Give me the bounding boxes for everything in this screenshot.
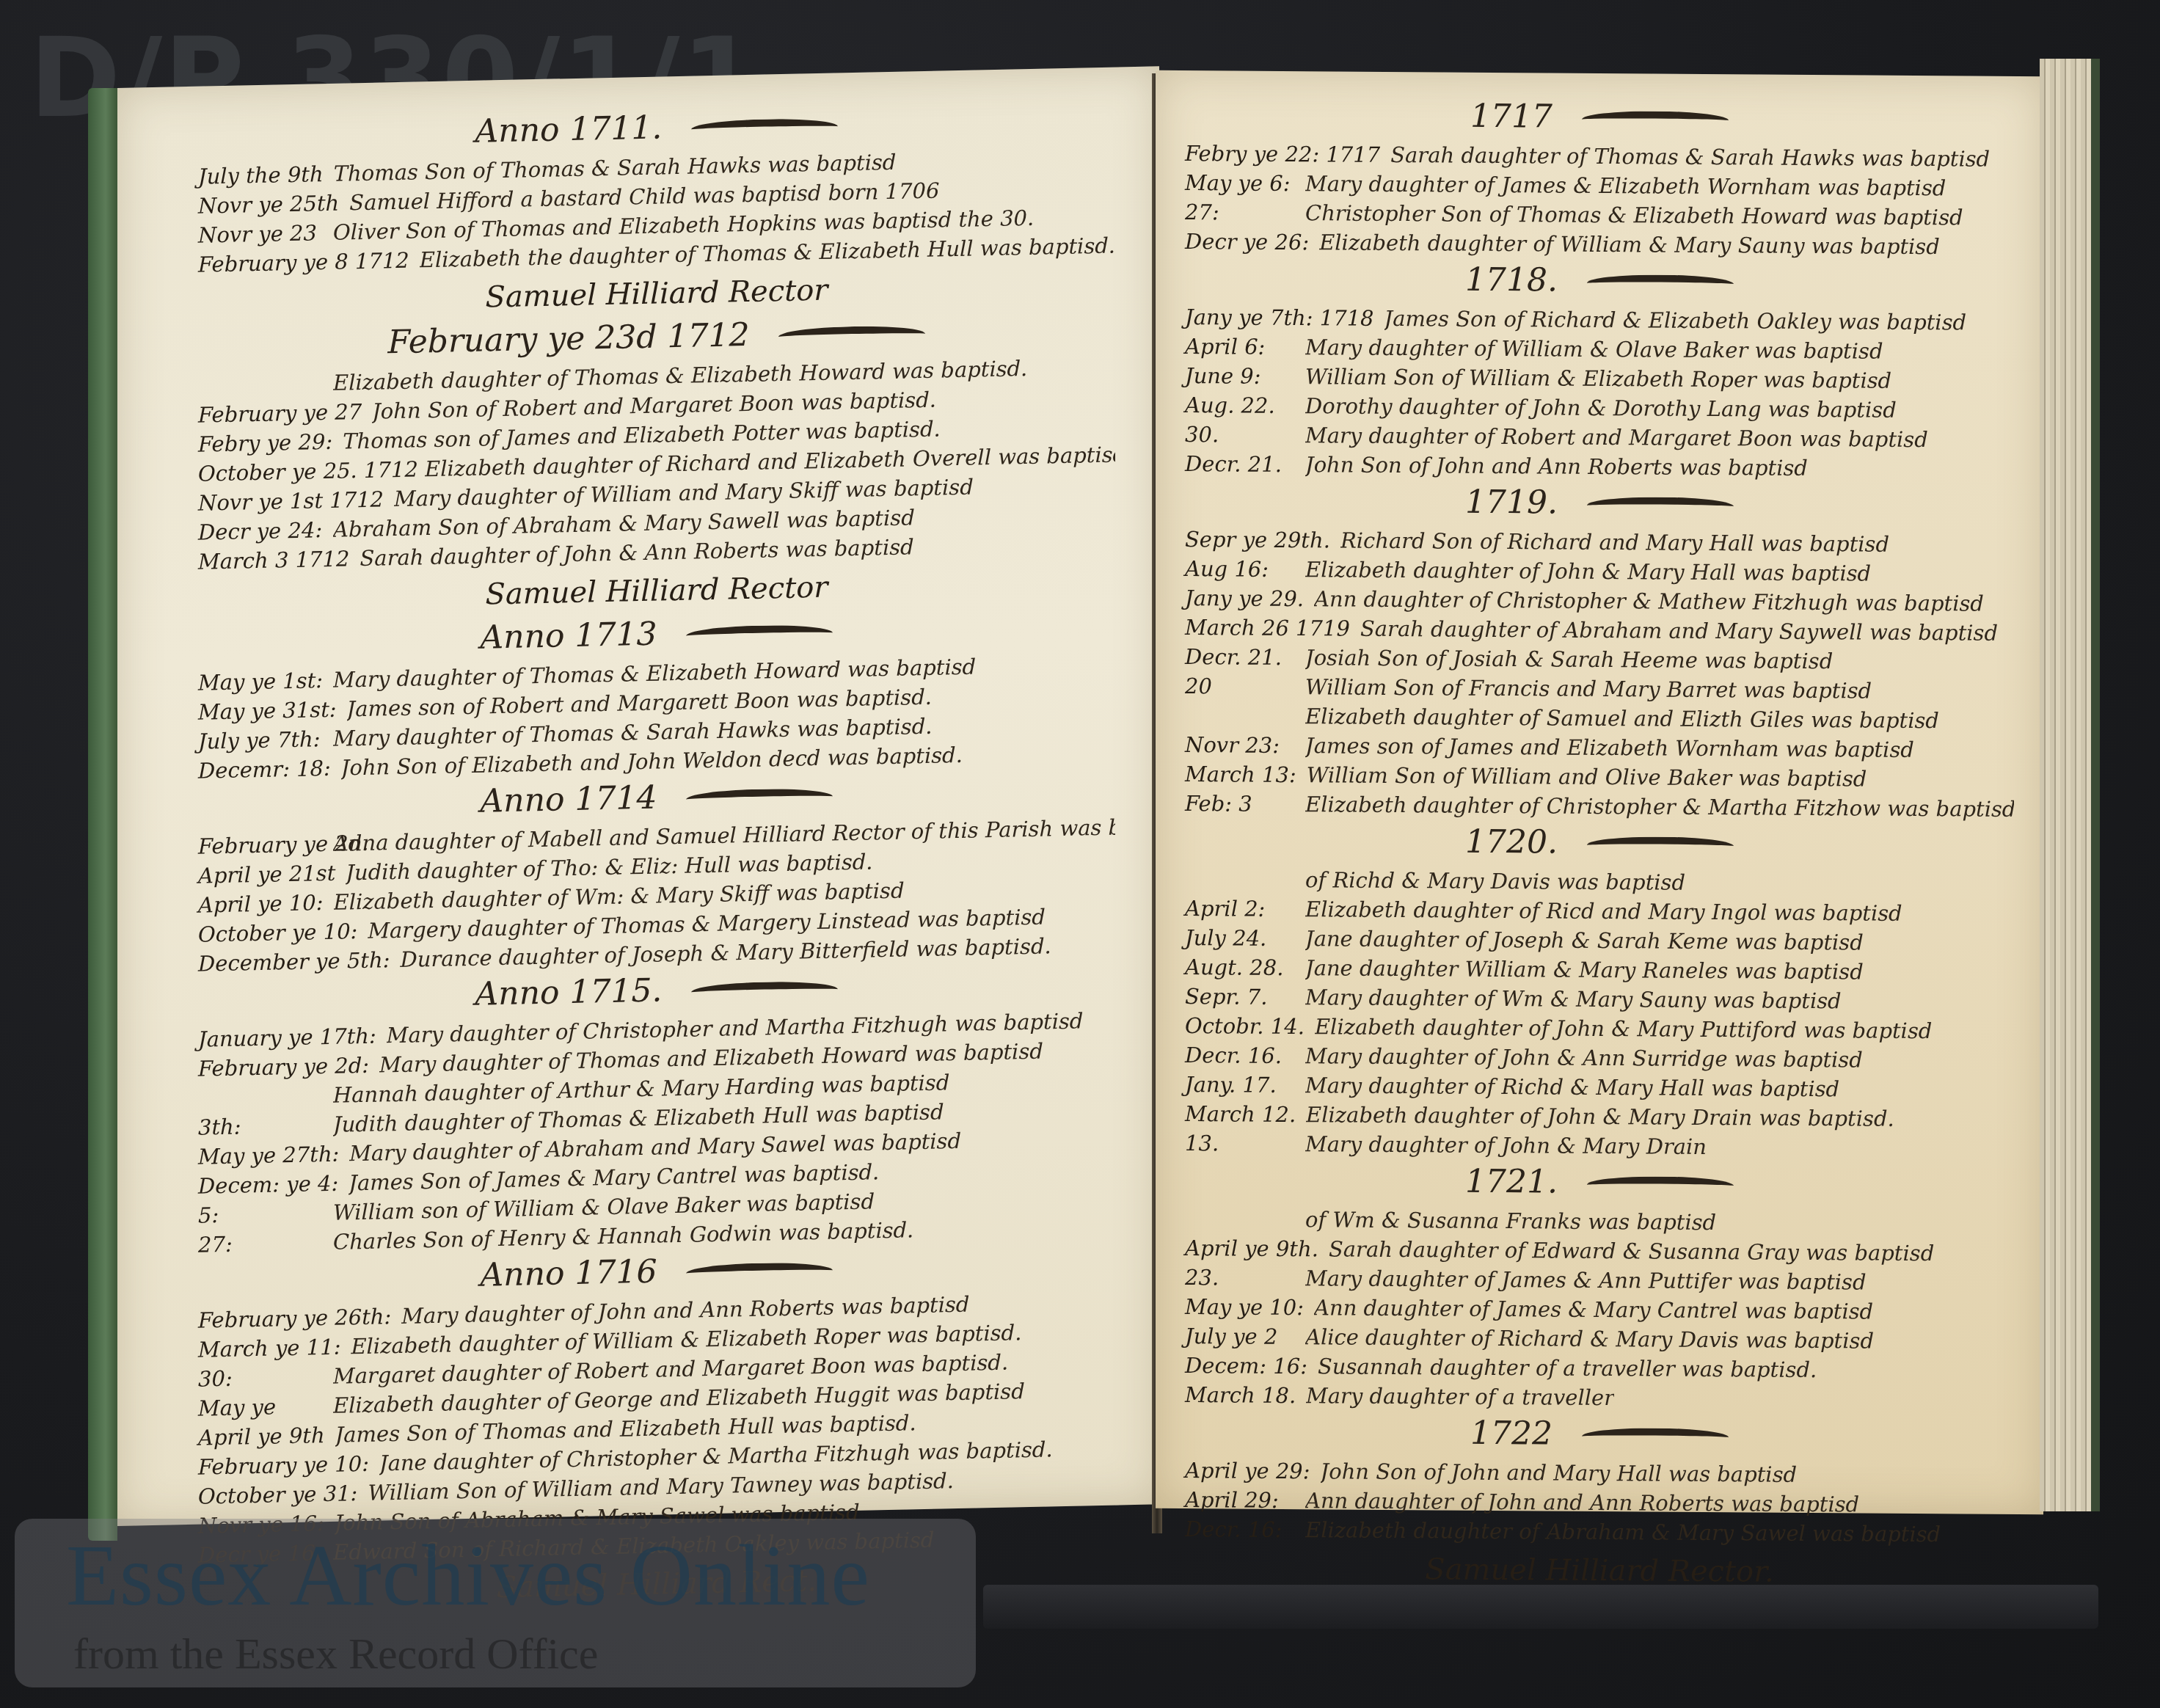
- entry-date: April 6:: [1185, 332, 1295, 362]
- entry-text: Sarah daughter of Edward & Susanna Gray …: [1329, 1234, 1934, 1268]
- entry-text: of Wm & Susanna Franks was baptisd: [1305, 1205, 1716, 1237]
- watermark-subtitle: from the Essex Record Office: [73, 1629, 598, 1679]
- entry-text: Mary daughter of William & Olave Baker w…: [1305, 332, 1883, 365]
- flourish-ornament-icon: [778, 324, 925, 345]
- year-heading-text: Anno 1715.: [475, 971, 663, 1012]
- entry-date: Decemr: 18:: [198, 753, 331, 786]
- year-heading-text: Anno 1713: [481, 616, 657, 657]
- baptism-entry: Decr ye 26:Elizabeth daughter of William…: [1185, 227, 2014, 262]
- entry-date: March 18.: [1185, 1380, 1296, 1410]
- entry-date: Jany. 17.: [1185, 1070, 1295, 1100]
- watermark-title: Essex Archives Online: [66, 1526, 870, 1626]
- entry-date: 27:: [1185, 197, 1295, 227]
- entry-text: of Richd & Mary Davis was baptisd: [1305, 865, 1685, 897]
- baptism-entry: 23.Mary daughter of James & Ann Puttifer…: [1185, 1263, 2014, 1298]
- entry-date: 30.: [1185, 420, 1295, 450]
- entry-text: Jane daughter William & Mary Raneles was…: [1305, 953, 1864, 986]
- entry-date: Decr. 21.: [1185, 642, 1295, 672]
- year-heading-text: Anno 1711.: [475, 109, 663, 150]
- year-heading-text: 1720.: [1465, 823, 1558, 861]
- baptism-entry: Decr. 16:Elizabeth daughter of Abraham &…: [1185, 1514, 2014, 1550]
- baptism-entry: 13.Mary daughter of John & Mary Drain: [1185, 1128, 2014, 1164]
- entry-date: Aug. 22.: [1185, 390, 1295, 420]
- entry-text: Mary daughter of a traveller: [1306, 1381, 1614, 1412]
- entry-text: Dorothy daughter of John & Dorothy Lang …: [1305, 391, 1897, 425]
- baptism-entry: Decr. 21.John Son of John and Ann Robert…: [1185, 449, 2014, 484]
- entry-text: Mary daughter of James & Elizabeth Wornh…: [1305, 169, 1946, 202]
- entry-text: William Son of William and Olive Baker w…: [1307, 760, 1867, 793]
- page-edges: [2040, 59, 2100, 1511]
- entry-date: May ye 10:: [1185, 1292, 1304, 1322]
- flourish-ornament-icon: [1582, 110, 1729, 128]
- entry-date: March ye 11:: [198, 1332, 340, 1365]
- entry-date: March 12.: [1185, 1099, 1296, 1129]
- entry-date: Novr ye 25th: [198, 189, 339, 221]
- entry-date: January ye 17th:: [198, 1021, 376, 1054]
- right-page-content: 1717Febry ye 22: 1717Sarah daughter of T…: [1156, 70, 2043, 1514]
- year-heading-text: Anno 1714: [481, 779, 657, 820]
- baptism-entry: Aug 16:Elizabeth daughter of John & Mary…: [1185, 554, 2014, 589]
- entry-date: Jany ye 7th: 1718: [1185, 302, 1374, 333]
- right-page: 1717Febry ye 22: 1717Sarah daughter of T…: [1156, 70, 2043, 1514]
- entry-date: April ye 10:: [198, 888, 324, 920]
- entry-text: Susannah daughter of a traveller was bap…: [1318, 1351, 1817, 1384]
- entry-text: Josiah Son of Josiah & Sarah Heeme was b…: [1305, 643, 1833, 676]
- entry-date: 5:: [198, 1198, 323, 1230]
- entry-text: John Son of John and Ann Roberts was bap…: [1305, 450, 1808, 483]
- entry-date: Decr. 16.: [1185, 1040, 1295, 1070]
- entry-date: [198, 390, 323, 393]
- baptism-entry: Sepr. 7.Mary daughter of Wm & Mary Sauny…: [1185, 982, 2014, 1017]
- entry-date: Novr 23:: [1185, 730, 1295, 760]
- flourish-ornament-icon: [1582, 1427, 1729, 1445]
- left-page: Anno 1711.July the 9thThomas Son of Thom…: [117, 66, 1159, 1526]
- year-heading-text: February ye 23d 1712: [388, 316, 750, 361]
- entry-date: Febry ye 29:: [198, 427, 332, 459]
- flourish-ornament-icon: [686, 624, 833, 644]
- flourish-ornament-icon: [691, 980, 838, 1001]
- entry-text: Elizabeth daughter of John & Mary Drain …: [1306, 1100, 1894, 1134]
- flourish-ornament-icon: [691, 117, 838, 138]
- entry-date: May ye 31st:: [198, 695, 337, 727]
- year-heading-text: 1722: [1470, 1415, 1552, 1453]
- entry-date: March 3 1712: [198, 544, 349, 576]
- entry-date: Decem: 16:: [1185, 1351, 1307, 1381]
- entry-text: Elizabeth daughter of John & Mary Puttif…: [1315, 1012, 1932, 1045]
- entry-date: October ye 10:: [198, 916, 357, 949]
- entry-date: Febry ye 22: 1717: [1185, 139, 1380, 169]
- flourish-ornament-icon: [1587, 496, 1734, 514]
- archive-watermark: Essex Archives Online from the Essex Rec…: [15, 1519, 976, 1687]
- entry-date: Jany ye 29.: [1185, 583, 1304, 613]
- entry-date: July ye 2: [1185, 1321, 1295, 1351]
- entry-text: Richard Son of Richard and Mary Hall was…: [1340, 526, 1889, 559]
- entry-date: March 13:: [1185, 759, 1296, 789]
- entry-date: July ye 7th:: [198, 724, 323, 756]
- entry-date: Sepr ye 29th.: [1185, 525, 1330, 555]
- year-heading-text: 1717: [1470, 98, 1552, 136]
- entry-date: April 2:: [1185, 894, 1295, 924]
- entry-text: William Son of Francis and Mary Barret w…: [1305, 672, 1872, 705]
- entry-date: December ye 5th:: [198, 945, 390, 978]
- entry-date: May ye: [198, 1391, 323, 1423]
- entry-date: February ye 2d:: [198, 1051, 369, 1084]
- entry-text: Alice daughter of Richard & Mary Davis w…: [1305, 1322, 1874, 1355]
- year-heading-text: 1721.: [1465, 1163, 1558, 1201]
- entry-text: Mary daughter of Robert and Margaret Boo…: [1305, 420, 1928, 454]
- entry-date: [198, 1103, 323, 1106]
- entry-date: 3th:: [198, 1110, 323, 1142]
- entry-date: 23.: [1185, 1263, 1295, 1293]
- entry-date: July the 9th: [198, 159, 324, 191]
- parish-register-book: Anno 1711.July the 9thThomas Son of Thom…: [88, 73, 2010, 1541]
- entry-text: Elizabeth daughter of Christopher & Mart…: [1305, 789, 2014, 824]
- year-heading-text: 1719.: [1465, 483, 1558, 522]
- entry-text: Mary daughter of John & Ann Surridge was…: [1305, 1041, 1863, 1074]
- entry-date: May ye 27th:: [198, 1139, 339, 1172]
- year-heading-text: 1718.: [1465, 261, 1558, 299]
- entry-text: Elizabeth daughter of William & Mary Sau…: [1319, 227, 1940, 261]
- entry-text: Sarah daughter of Thomas & Sarah Hawks w…: [1390, 140, 1990, 174]
- flourish-ornament-icon: [1587, 836, 1734, 854]
- year-heading: 1718.: [1185, 259, 2014, 302]
- entry-date: [1185, 1226, 1295, 1227]
- entry-date: April ye 9th.: [1185, 1233, 1318, 1263]
- baptism-entry: March 18.Mary daughter of a traveller: [1185, 1380, 2014, 1415]
- entry-text: James son of James and Elizabeth Wornham…: [1305, 731, 1914, 764]
- entry-date: Decr. 21.: [1185, 449, 1295, 479]
- book-stand: [983, 1585, 2098, 1629]
- entry-date: Decr ye 24:: [198, 515, 323, 547]
- entry-text: Christopher Son of Thomas & Elizabeth Ho…: [1305, 198, 1963, 232]
- entry-text: Elizabeth daughter of Ricd and Mary Ingo…: [1305, 894, 1902, 928]
- entry-date: Aug 16:: [1185, 554, 1295, 584]
- entry-text: Elizabeth daughter of John & Mary Hall w…: [1305, 555, 1871, 588]
- entry-text: Elizabeth daughter of Abraham & Mary Saw…: [1305, 1515, 1941, 1549]
- flourish-ornament-icon: [1587, 274, 1734, 292]
- entry-text: Mary daughter of James & Ann Puttifer wa…: [1305, 1263, 1867, 1296]
- entry-date: [1185, 886, 1295, 887]
- entry-date: Novr ye 23: [198, 218, 323, 250]
- entry-date: Octobr. 14.: [1185, 1011, 1305, 1041]
- entry-date: April 29:: [1185, 1485, 1295, 1515]
- entry-text: Mary daughter of John & Mary Drain: [1305, 1129, 1707, 1161]
- entry-date: 27:: [198, 1227, 323, 1260]
- entry-text: Ann daughter of John and Ann Roberts was…: [1305, 1486, 1859, 1519]
- baptism-entry: July ye 2Alice daughter of Richard & Mar…: [1185, 1321, 2014, 1357]
- year-heading: 1719.: [1185, 481, 2014, 525]
- entry-date: October ye 25. 1712: [198, 455, 415, 489]
- year-heading-text: Anno 1716: [481, 1253, 657, 1294]
- book-cover-spine: [88, 88, 117, 1541]
- entry-date: February ye 10:: [198, 1449, 369, 1482]
- entry-date: April ye 9th: [198, 1420, 325, 1453]
- entry-text: Jane daughter of Joseph & Sarah Keme was…: [1305, 924, 1864, 957]
- entry-date: Augt. 28.: [1185, 952, 1295, 982]
- entry-date: October ye 31:: [198, 1478, 357, 1511]
- entry-date: June 9:: [1185, 361, 1295, 391]
- entry-text: Ann daughter of James & Mary Cantrel was…: [1314, 1293, 1873, 1326]
- entry-text: James Son of Richard & Elizabeth Oakley …: [1384, 304, 1967, 337]
- entry-date: February ye 8 1712: [198, 246, 409, 280]
- entry-date: July 24.: [1185, 923, 1295, 953]
- entry-date: Decr ye 26:: [1185, 227, 1309, 257]
- entry-date: March 26 1719: [1185, 613, 1350, 643]
- entry-date: 20: [1185, 671, 1295, 701]
- entry-text: Mary daughter of Wm & Mary Sauny was bap…: [1305, 982, 1842, 1015]
- entry-date: May ye 6:: [1185, 168, 1295, 198]
- entry-text: John Son of John and Mary Hall was bapti…: [1321, 1456, 1798, 1489]
- entry-date: Decr. 16:: [1185, 1514, 1295, 1544]
- entry-date: Novr ye 1st 1712: [198, 484, 384, 517]
- entry-text: Elizabeth daughter of Samuel and Elizth …: [1305, 701, 1939, 735]
- flourish-ornament-icon: [686, 1261, 833, 1282]
- entry-date: 13.: [1185, 1128, 1295, 1158]
- entry-text: Sarah daughter of Abraham and Mary Saywe…: [1360, 614, 1998, 648]
- entry-date: February ye 26th:: [198, 1302, 391, 1335]
- entry-date: Decem: ye 4:: [198, 1169, 338, 1201]
- flourish-ornament-icon: [1587, 1175, 1734, 1194]
- entry-text: William Son of William & Elizabeth Roper…: [1305, 362, 1891, 395]
- entry-date: February ye 2d.: [198, 829, 323, 861]
- entry-date: February ye 27: [198, 397, 362, 430]
- year-heading: 1721.: [1185, 1161, 2014, 1204]
- left-page-content: Anno 1711.July the 9thThomas Son of Thom…: [117, 66, 1159, 1526]
- entry-date: April ye 21st: [198, 858, 335, 891]
- entry-date: 30:: [198, 1362, 323, 1394]
- entry-date: May ye 1st:: [198, 665, 323, 698]
- baptism-entry: Feb: 3Elizabeth daughter of Christopher …: [1185, 789, 2014, 824]
- baptism-entry: 27:Christopher Son of Thomas & Elizabeth…: [1185, 197, 2014, 233]
- year-heading: 1722: [1185, 1412, 2014, 1456]
- flourish-ornament-icon: [686, 787, 833, 808]
- entry-text: Ann daughter of Christopher & Mathew Fit…: [1314, 584, 1984, 618]
- year-heading: 1717: [1185, 95, 2014, 139]
- entry-date: Feb: 3: [1185, 789, 1295, 819]
- entry-date: [1185, 723, 1295, 723]
- entry-date: Sepr. 7.: [1185, 982, 1295, 1012]
- year-heading: 1720.: [1185, 821, 2014, 864]
- entry-date: April ye 29:: [1185, 1456, 1310, 1486]
- entry-text: Mary daughter of Richd & Mary Hall was b…: [1305, 1070, 1839, 1103]
